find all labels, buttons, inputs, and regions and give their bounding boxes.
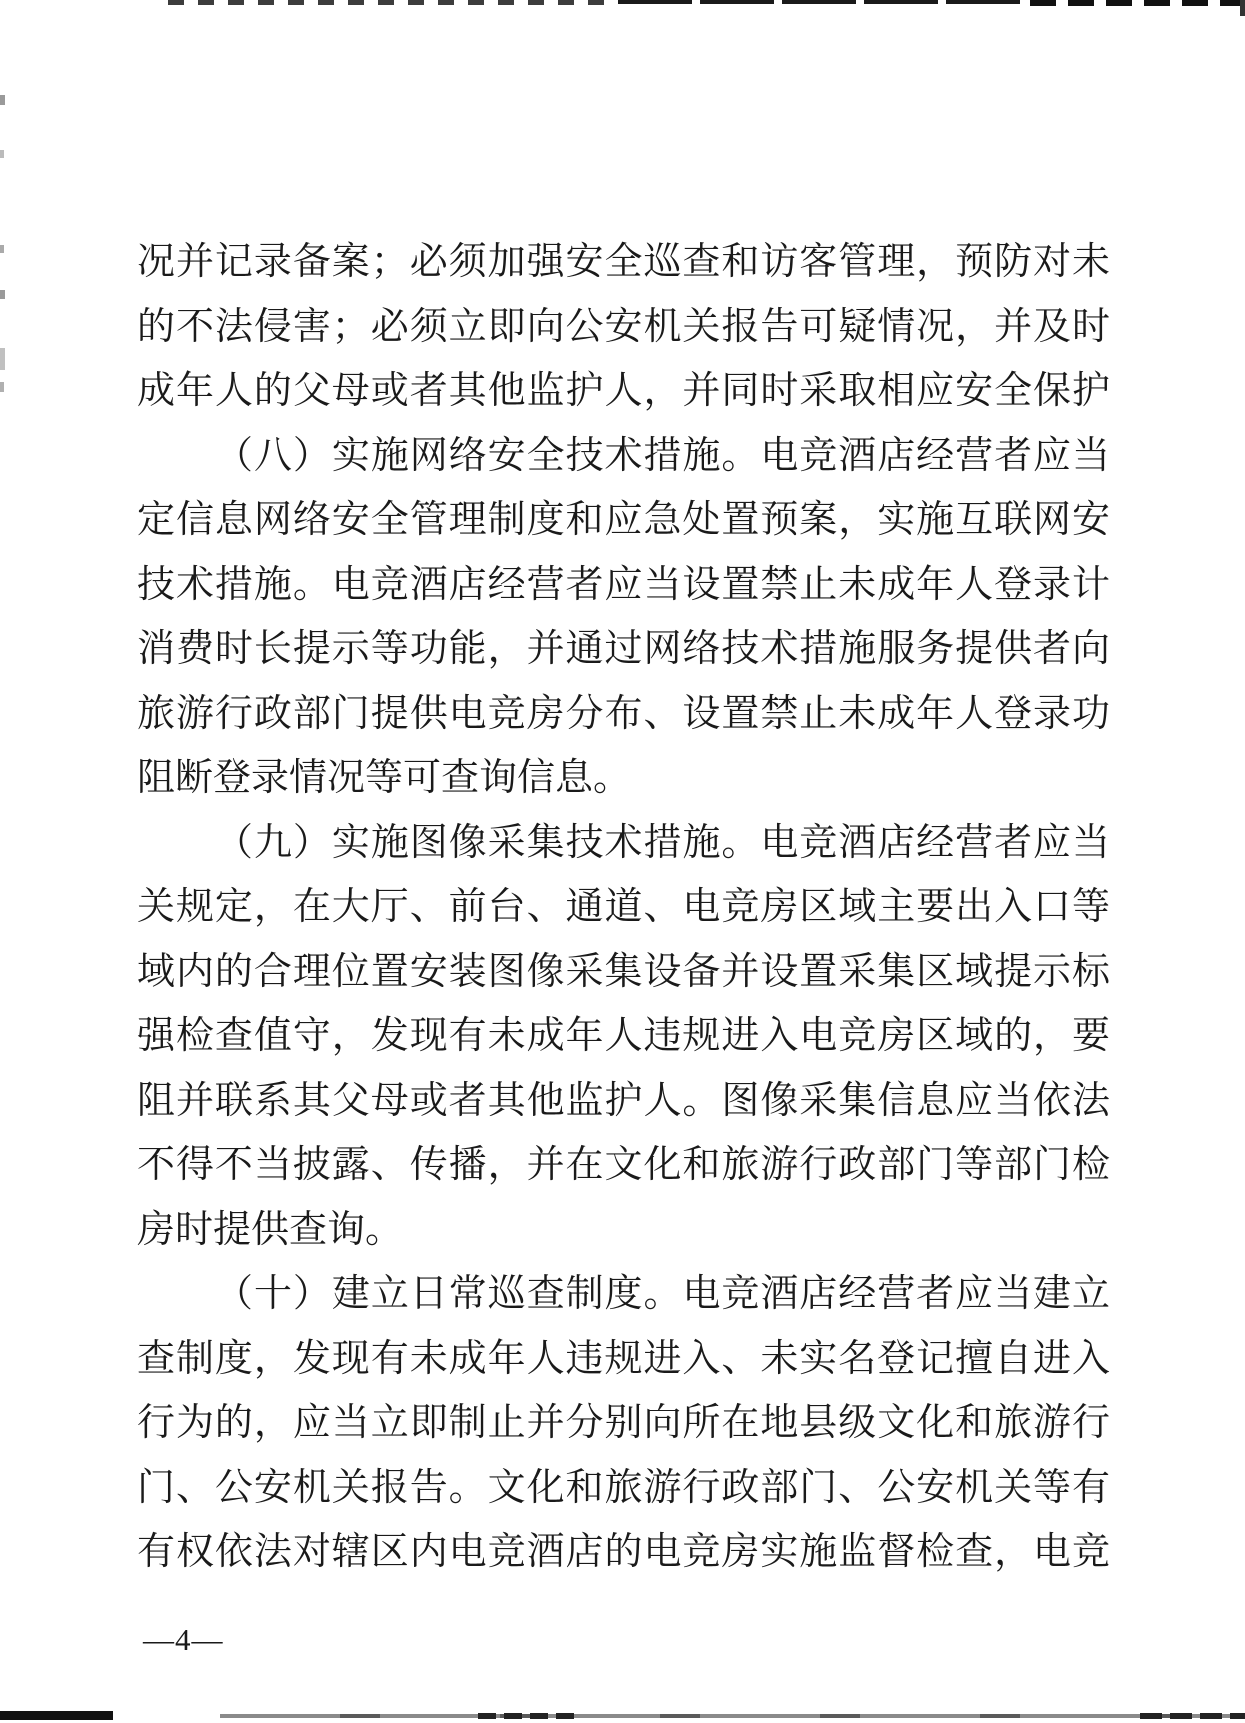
text-line-paragraph-start: （十）建立日常巡查制度。电竞酒店经营者应当建立日常巡 [137, 1262, 1110, 1327]
scan-artifact-top-corner [1240, 0, 1245, 16]
text-line: 域内的合理位置安装图像采集设备并设置采集区域提示标识，加 [137, 940, 1110, 1005]
text-line: 定信息网络安全管理制度和应急处置预案，实施互联网安全保护 [137, 488, 1110, 553]
scan-speck [0, 290, 5, 299]
text-line-paragraph-end: 阻断登录情况等可查询信息。 [137, 746, 1110, 811]
text-line: 消费时长提示等功能，并通过网络技术措施服务提供者向文化和 [137, 617, 1110, 682]
text-line: 况并记录备案；必须加强安全巡查和访客管理，预防对未成年人 [137, 230, 1110, 295]
text-line-paragraph-start: （八）实施网络安全技术措施。电竞酒店经营者应当依法制 [137, 424, 1110, 489]
text-line: 不得不当披露、传播，并在文化和旅游行政部门等部门检查电竞 [137, 1133, 1110, 1198]
scan-artifact-top-left [168, 0, 618, 5]
text-line-paragraph-end: 房时提供查询。 [137, 1198, 1110, 1263]
text-line: 的不法侵害；必须立即向公安机关报告可疑情况，并及时联系未 [137, 295, 1110, 360]
scan-artifact-bottom-dash [478, 1713, 578, 1719]
text-line: 旅游行政部门提供电竞房分布、设置禁止未成年人登录功能以及 [137, 682, 1110, 747]
scan-speck [0, 382, 4, 392]
scan-speck [0, 245, 4, 253]
text-line: 查制度，发现有未成年人违规进入、未实名登记擅自进入等违法 [137, 1327, 1110, 1392]
text-line: 关规定，在大厅、前台、通道、电竞房区域主要出入口等公共区 [137, 875, 1110, 940]
document-body: 况并记录备案；必须加强安全巡查和访客管理，预防对未成年人 的不法侵害；必须立即向… [137, 230, 1110, 1585]
text-line-paragraph-start: （九）实施图像采集技术措施。电竞酒店经营者应当按照有 [137, 811, 1110, 876]
scan-artifact-bottom-left [0, 1711, 113, 1720]
scan-artifact-bottom-line [220, 1714, 1245, 1718]
text-line: 行为的，应当立即制止并分别向所在地县级文化和旅游行政部 [137, 1391, 1110, 1456]
scan-speck [0, 150, 4, 158]
scan-speck [0, 348, 5, 370]
text-line: 技术措施。电竞酒店经营者应当设置禁止未成年人登录计算机、 [137, 553, 1110, 618]
scanned-document-page: 况并记录备案；必须加强安全巡查和访客管理，预防对未成年人 的不法侵害；必须立即向… [0, 0, 1245, 1723]
text-line: 有权依法对辖区内电竞酒店的电竞房实施监督检查，电竞酒店经 [137, 1520, 1110, 1585]
text-line: 门、公安机关报告。文化和旅游行政部门、公安机关等有关部门 [137, 1456, 1110, 1521]
scan-artifact-top-right [1030, 0, 1245, 6]
text-line: 阻并联系其父母或者其他监护人。图像采集信息应当依法留存， [137, 1069, 1110, 1134]
text-line: 成年人的父母或者其他监护人，并同时采取相应安全保护措施。 [137, 359, 1110, 424]
scan-speck [0, 95, 5, 105]
scan-artifact-top-middle [618, 0, 1020, 4]
text-line: 强检查值守，发现有未成年人违规进入电竞房区域的，要及时劝 [137, 1004, 1110, 1069]
scan-artifact-bottom-dash [1140, 1713, 1245, 1719]
page-number: —4— [143, 1622, 224, 1658]
